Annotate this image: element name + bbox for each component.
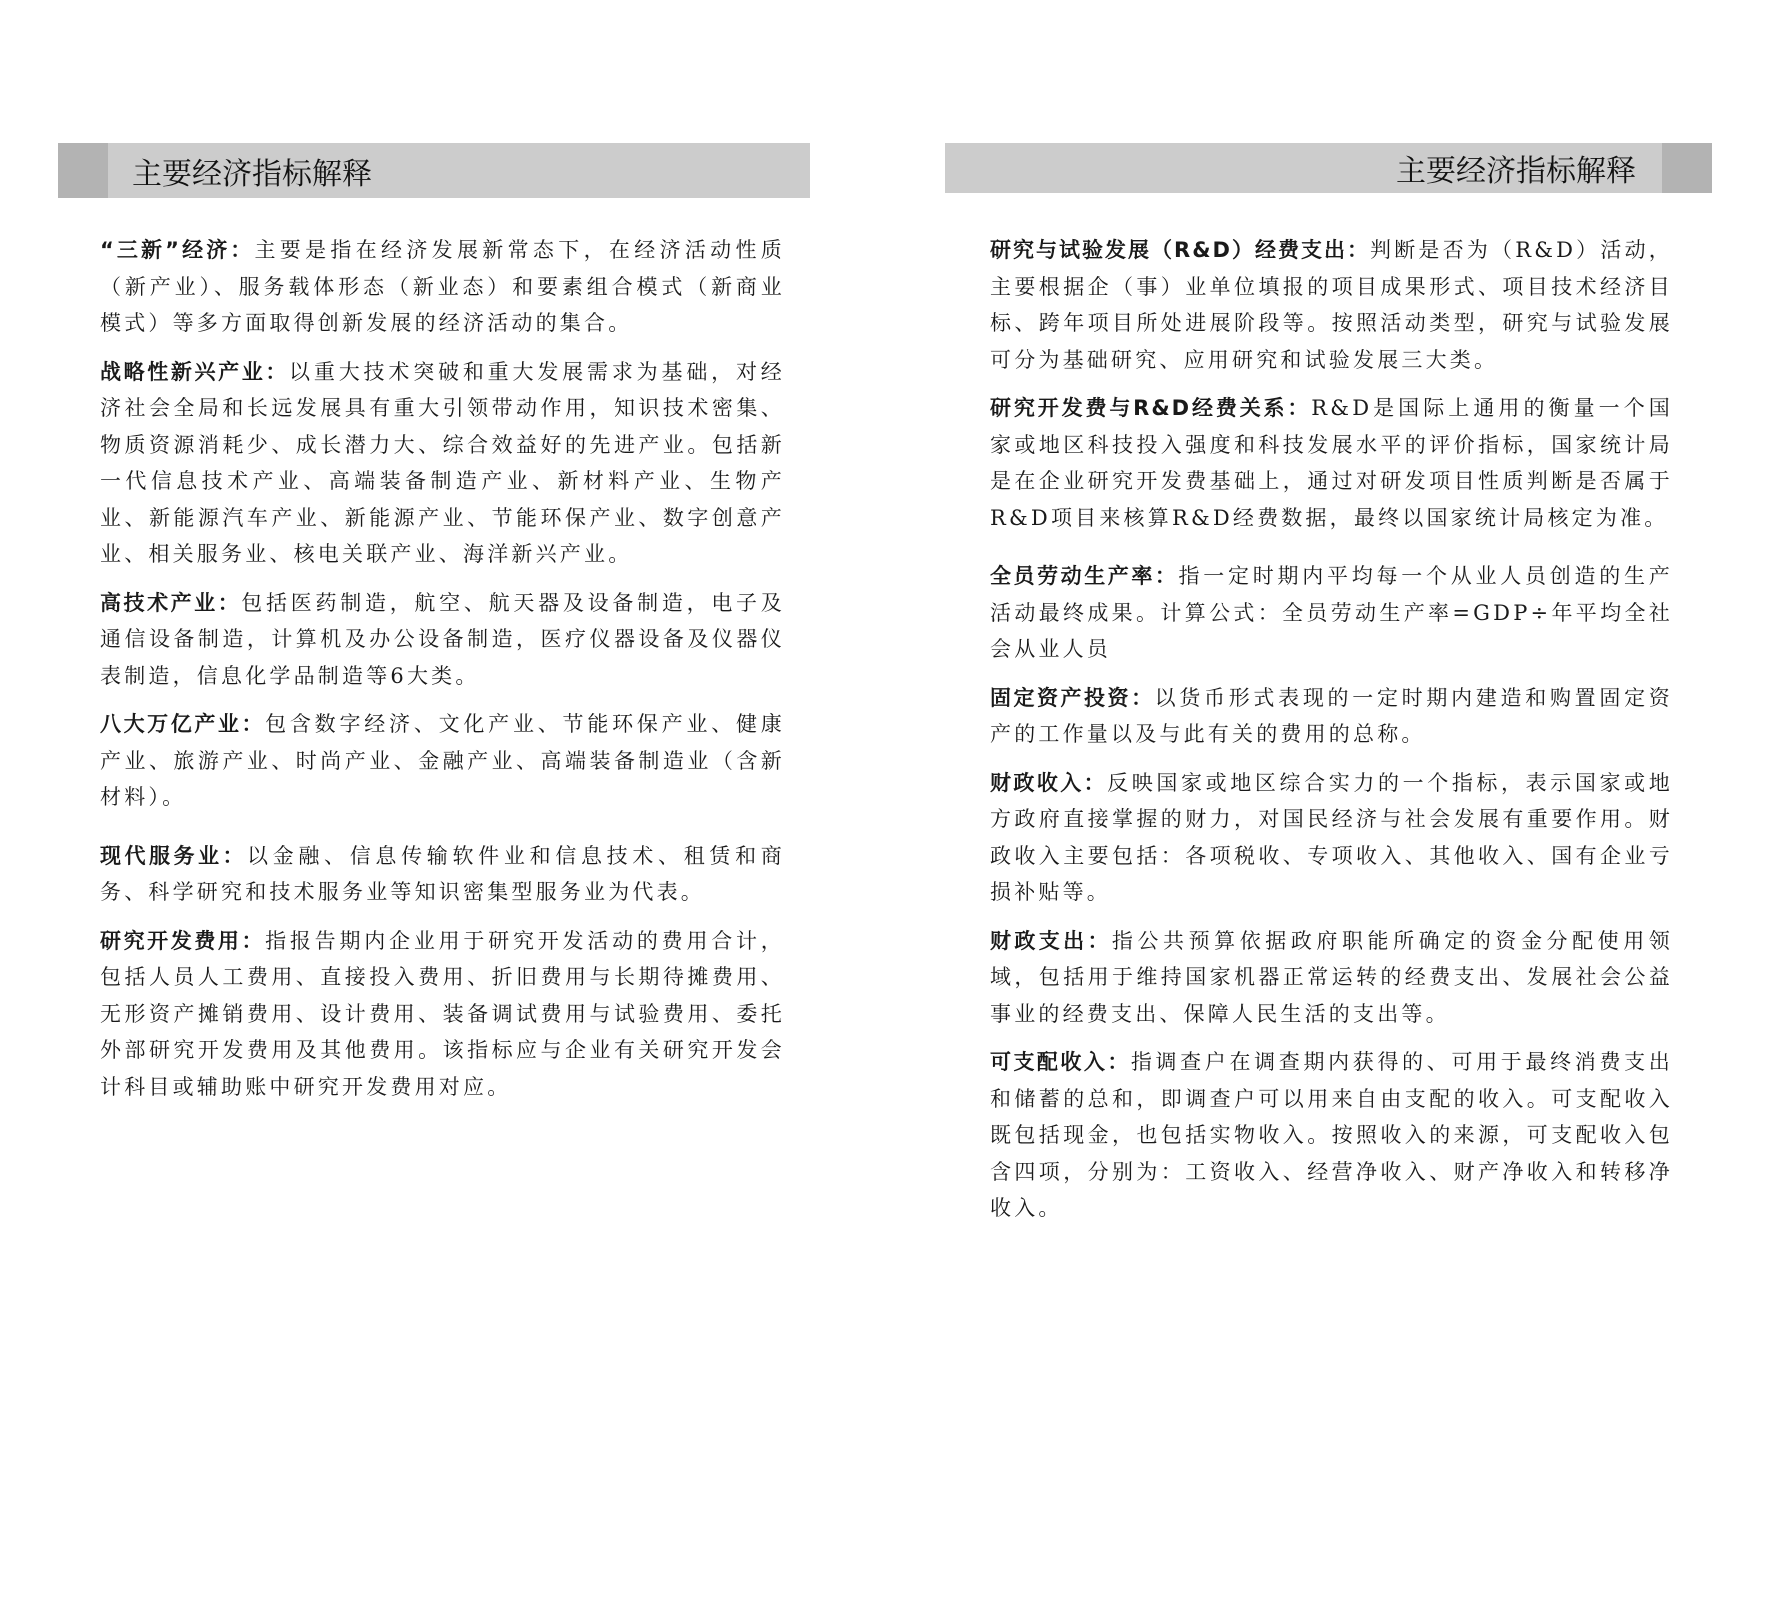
definition-rd-expenses: 研究开发费用：指报告期内企业用于研究开发活动的费用合计，包括人员人工费用、直接投… bbox=[100, 923, 785, 1106]
definition-high-tech-industry: 高技术产业：包括医药制造，航空、航天器及设备制造，电子及通信设备制造，计算机及办… bbox=[100, 585, 785, 695]
definition-term: “三新”经济： bbox=[100, 238, 254, 262]
definition-labor-productivity: 全员劳动生产率：指一定时期内平均每一个从业人员创造的生产活动最终成果。计算公式：… bbox=[990, 558, 1673, 668]
definition-rd-expenditure: 研究与试验发展（R&D）经费支出：判断是否为（R&D）活动，主要根据企（事）业单… bbox=[990, 232, 1673, 378]
definition-term: 现代服务业： bbox=[100, 844, 247, 868]
definition-term: 全员劳动生产率： bbox=[990, 564, 1178, 588]
right-header-bar: 主要经济指标解释 bbox=[945, 143, 1712, 193]
definition-term: 研究与试验发展（R&D）经费支出： bbox=[990, 238, 1370, 262]
definition-term: 研究开发费与R&D经费关系： bbox=[990, 396, 1311, 420]
definition-term: 八大万亿产业： bbox=[100, 712, 265, 736]
definition-eight-trillion-industries: 八大万亿产业：包含数字经济、文化产业、节能环保产业、健康产业、旅游产业、时尚产业… bbox=[100, 706, 785, 816]
definition-strategic-emerging-industries: 战略性新兴产业：以重大技术突破和重大发展需求为基础，对经济社会全局和长远发展具有… bbox=[100, 354, 785, 573]
definition-rd-relationship: 研究开发费与R&D经费关系：R&D是国际上通用的衡量一个国家或地区科技投入强度和… bbox=[990, 390, 1673, 536]
left-definitions-list: “三新”经济：主要是指在经济发展新常态下，在经济活动性质（新产业）、服务载体形态… bbox=[100, 232, 785, 1117]
right-page: 主要经济指标解释 研究与试验发展（R&D）经费支出：判断是否为（R&D）活动，主… bbox=[885, 0, 1771, 1614]
definition-san-xin-economy: “三新”经济：主要是指在经济发展新常态下，在经济活动性质（新产业）、服务载体形态… bbox=[100, 232, 785, 342]
definition-term: 固定资产投资： bbox=[990, 686, 1155, 710]
definition-term: 可支配收入： bbox=[990, 1050, 1131, 1074]
definition-body: 指报告期内企业用于研究开发活动的费用合计，包括人员人工费用、直接投入费用、折旧费… bbox=[100, 929, 785, 1099]
definition-fiscal-revenue: 财政收入：反映国家或地区综合实力的一个指标，表示国家或地方政府直接掌握的财力，对… bbox=[990, 765, 1673, 911]
definition-disposable-income: 可支配收入：指调查户在调查期内获得的、可用于最终消费支出和储蓄的总和，即调查户可… bbox=[990, 1044, 1673, 1227]
definition-term: 财政收入： bbox=[990, 771, 1107, 795]
right-header-tab bbox=[1662, 143, 1712, 193]
left-header-bar: 主要经济指标解释 bbox=[58, 143, 810, 198]
right-definitions-list: 研究与试验发展（R&D）经费支出：判断是否为（R&D）活动，主要根据企（事）业单… bbox=[990, 232, 1673, 1239]
definition-term: 高技术产业： bbox=[100, 591, 241, 615]
left-header-tab bbox=[58, 143, 108, 198]
definition-fiscal-expenditure: 财政支出：指公共预算依据政府职能所确定的资金分配使用领域，包括用于维持国家机器正… bbox=[990, 923, 1673, 1033]
definition-body: 指调查户在调查期内获得的、可用于最终消费支出和储蓄的总和，即调查户可以用来自由支… bbox=[990, 1050, 1673, 1220]
left-page-title: 主要经济指标解释 bbox=[132, 143, 372, 198]
definition-term: 研究开发费用： bbox=[100, 929, 265, 953]
left-page: 主要经济指标解释 “三新”经济：主要是指在经济发展新常态下，在经济活动性质（新产… bbox=[0, 0, 880, 1614]
definition-modern-services: 现代服务业：以金融、信息传输软件业和信息技术、租赁和商务、科学研究和技术服务业等… bbox=[100, 838, 785, 911]
definition-term: 战略性新兴产业： bbox=[100, 360, 289, 384]
definition-body: 以重大技术突破和重大发展需求为基础，对经济社会全局和长远发展具有重大引领带动作用… bbox=[100, 360, 785, 567]
definition-term: 财政支出： bbox=[990, 929, 1112, 953]
definition-fixed-asset-investment: 固定资产投资：以货币形式表现的一定时期内建造和购置固定资产的工作量以及与此有关的… bbox=[990, 680, 1673, 753]
right-page-title: 主要经济指标解释 bbox=[1396, 143, 1636, 193]
